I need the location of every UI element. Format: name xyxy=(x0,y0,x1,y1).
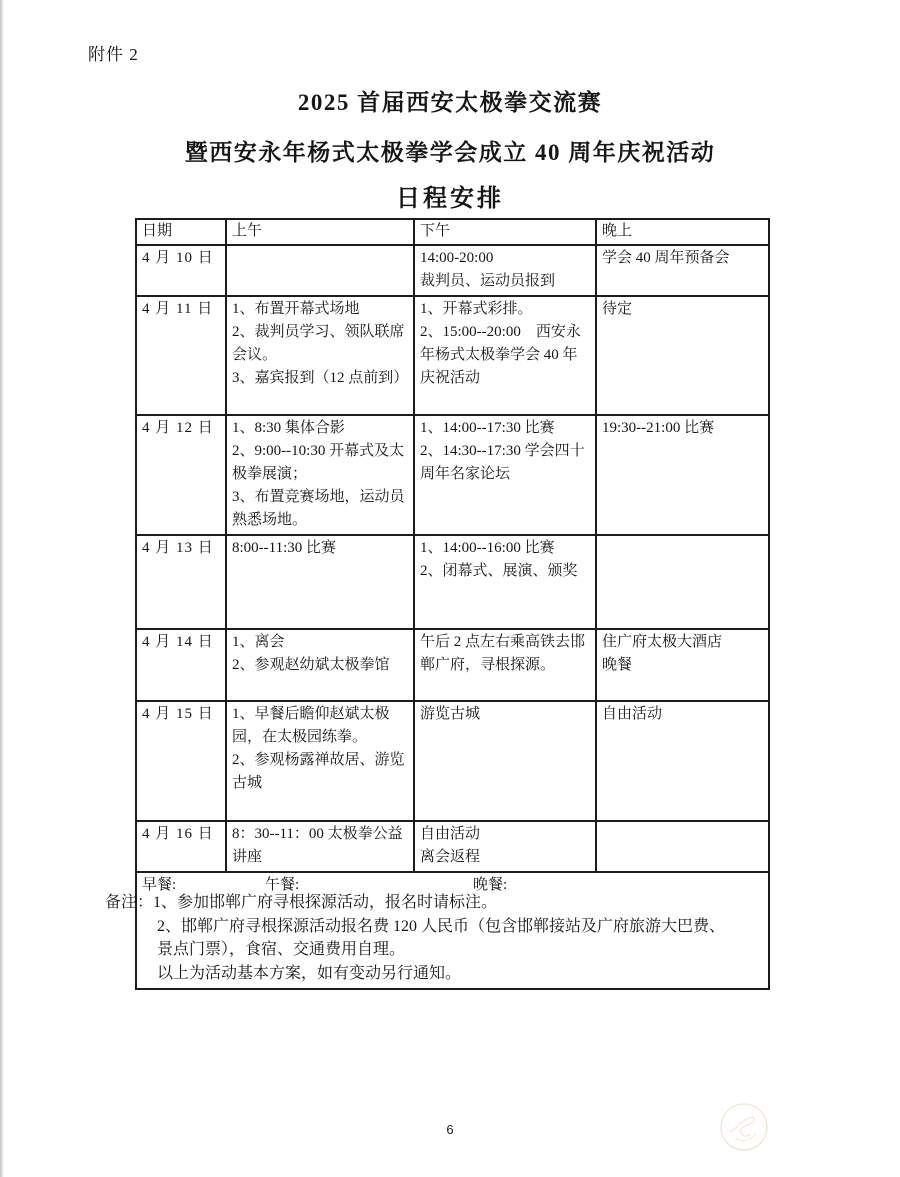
attachment-label: 附件 2 xyxy=(88,40,139,65)
table-row: 4 月 11 日 1、布置开幕式场地 2、裁判员学习、领队联席会议。 3、嘉宾报… xyxy=(136,296,769,415)
evening-cell xyxy=(596,535,769,629)
document-title-line3: 日程安排 xyxy=(0,178,900,213)
table-row: 4 月 12 日 1、8:30 集体合影 2、9:00--10:30 开幕式及太… xyxy=(136,415,769,535)
date-cell: 4 月 16 日 xyxy=(136,821,226,872)
notes-section: 备注：1、参加邯郸广府寻根探源活动，报名时请标注。 2、邯郸广府寻根探源活动报名… xyxy=(105,891,825,985)
note-line-1: 备注：1、参加邯郸广府寻根探源活动，报名时请标注。 xyxy=(105,891,825,915)
evening-cell xyxy=(596,821,769,872)
morning-cell xyxy=(226,245,414,296)
header-evening: 晚上 xyxy=(596,219,769,245)
morning-cell: 8：30--11：00 太极拳公益讲座 xyxy=(226,821,414,872)
afternoon-cell: 1、14:00--17:30 比赛 2、14:30--17:30 学会四十周年名… xyxy=(414,415,596,535)
header-date: 日期 xyxy=(136,219,226,245)
notes-label: 备注： xyxy=(105,894,153,911)
date-cell: 4 月 12 日 xyxy=(136,415,226,535)
date-cell: 4 月 14 日 xyxy=(136,629,226,701)
date-cell: 4 月 10 日 xyxy=(136,245,226,296)
note-line-2: 2、邯郸广府寻根探源活动报名费 120 人民币（包含邯郸接站及广府旅游大巴费、 xyxy=(157,915,825,939)
table-row: 4 月 14 日 1、离会 2、参观赵幼斌太极拳馆 午后 2 点左右乘高铁去邯郸… xyxy=(136,629,769,701)
evening-cell: 自由活动 xyxy=(596,701,769,821)
note-line-3: 景点门票），食宿、交通费用自理。 xyxy=(157,938,825,962)
table-row: 4 月 10 日 14:00-20:00 裁判员、运动员报到 学会 40 周年预… xyxy=(136,245,769,296)
table-row: 4 月 13 日 8:00--11:30 比赛 1、14:00--16:00 比… xyxy=(136,535,769,629)
afternoon-cell: 1、开幕式彩排。 2、15:00--20:00 西安永年杨式太极拳学会 40 年… xyxy=(414,296,596,415)
afternoon-cell: 自由活动 离会返程 xyxy=(414,821,596,872)
document-title-line2: 暨西安永年杨式太极拳学会成立 40 周年庆祝活动 xyxy=(0,134,900,167)
afternoon-cell: 游览古城 xyxy=(414,701,596,821)
date-cell: 4 月 13 日 xyxy=(136,535,226,629)
evening-cell: 待定 xyxy=(596,296,769,415)
afternoon-cell: 1、14:00--16:00 比赛 2、闭幕式、展演、颁奖 xyxy=(414,535,596,629)
table-header-row: 日期 上午 下午 晚上 xyxy=(136,219,769,245)
morning-cell: 8:00--11:30 比赛 xyxy=(226,535,414,629)
schedule-table: 日期 上午 下午 晚上 4 月 10 日 14:00-20:00 裁判员、运动员… xyxy=(135,218,770,990)
scan-left-edge-shadow xyxy=(0,0,4,1177)
header-afternoon: 下午 xyxy=(414,219,596,245)
seal-watermark-icon xyxy=(718,1101,770,1153)
table-row: 4 月 15 日 1、早餐后瞻仰赵斌太极园，在太极园练拳。 2、参观杨露禅故居、… xyxy=(136,701,769,821)
note-text-1: 1、参加邯郸广府寻根探源活动，报名时请标注。 xyxy=(153,894,497,911)
date-cell: 4 月 11 日 xyxy=(136,296,226,415)
afternoon-cell: 午后 2 点左右乘高铁去邯郸广府，寻根探源。 xyxy=(414,629,596,701)
evening-cell: 住广府太极大酒店 晚餐 xyxy=(596,629,769,701)
morning-cell: 1、早餐后瞻仰赵斌太极园，在太极园练拳。 2、参观杨露禅故居、游览古城 xyxy=(226,701,414,821)
morning-cell: 1、8:30 集体合影 2、9:00--10:30 开幕式及太极拳展演； 3、布… xyxy=(226,415,414,535)
evening-cell: 学会 40 周年预备会 xyxy=(596,245,769,296)
morning-cell: 1、离会 2、参观赵幼斌太极拳馆 xyxy=(226,629,414,701)
morning-cell: 1、布置开幕式场地 2、裁判员学习、领队联席会议。 3、嘉宾报到（12 点前到） xyxy=(226,296,414,415)
evening-cell: 19:30--21:00 比赛 xyxy=(596,415,769,535)
document-title-line1: 2025 首届西安太极拳交流赛 xyxy=(0,84,900,117)
note-line-4: 以上为活动基本方案，如有变动另行通知。 xyxy=(157,962,825,986)
afternoon-cell: 14:00-20:00 裁判员、运动员报到 xyxy=(414,245,596,296)
table-row: 4 月 16 日 8：30--11：00 太极拳公益讲座 自由活动 离会返程 xyxy=(136,821,769,872)
header-morning: 上午 xyxy=(226,219,414,245)
date-cell: 4 月 15 日 xyxy=(136,701,226,821)
